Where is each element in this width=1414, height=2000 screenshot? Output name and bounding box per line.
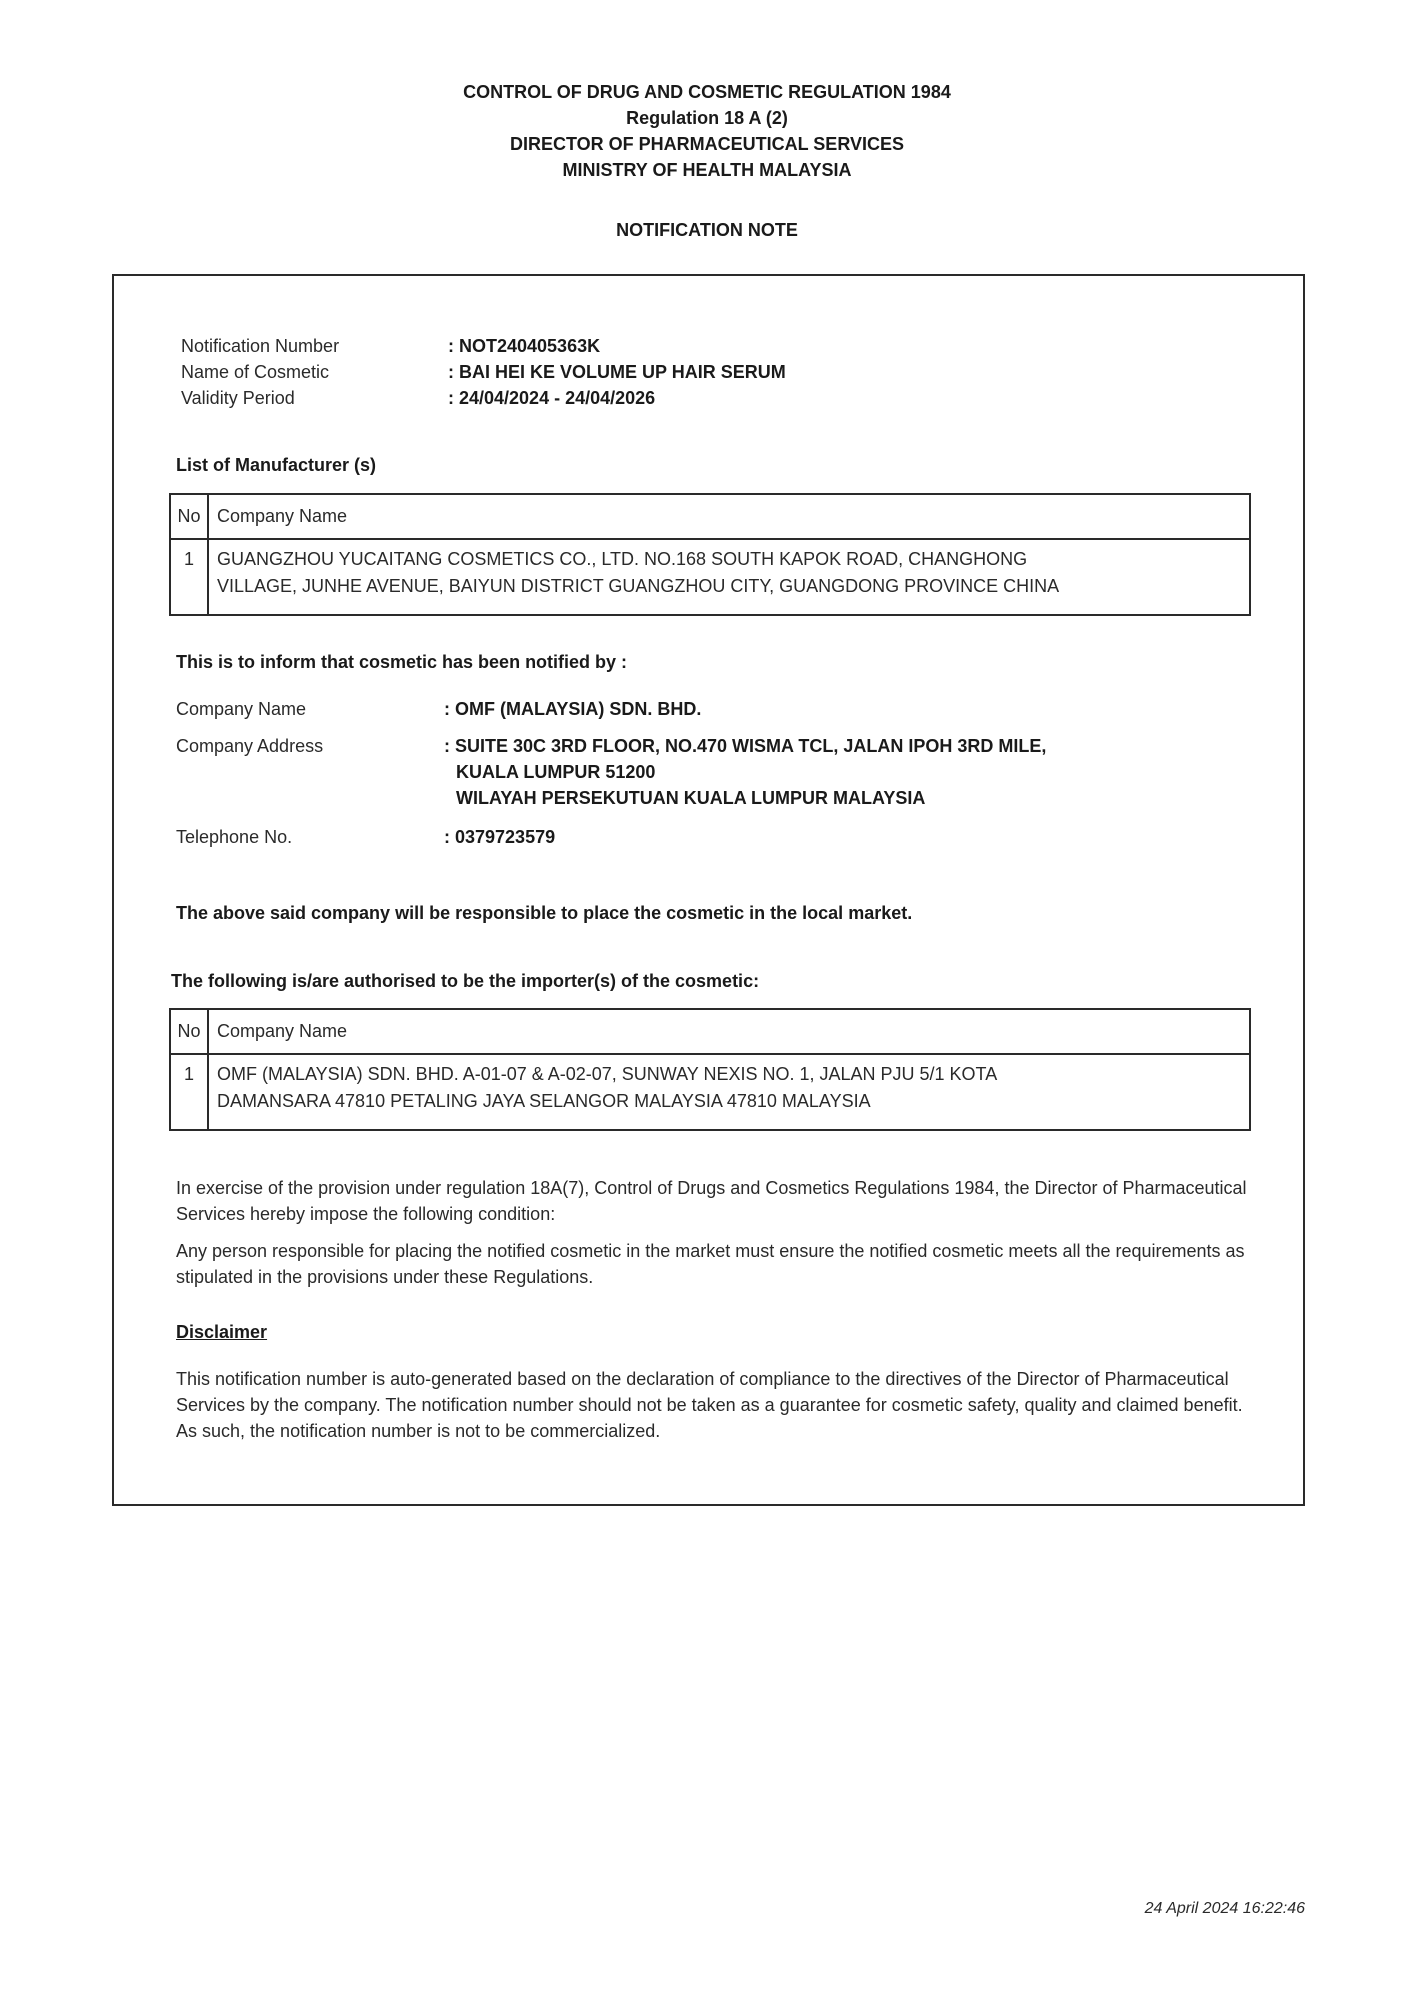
header-regulation-number: Regulation 18 A (2) [0,105,1414,131]
validity-period-label: Validity Period [181,385,295,411]
document-header: CONTROL OF DRUG AND COSMETIC REGULATION … [0,79,1414,183]
header-ministry: MINISTRY OF HEALTH MALAYSIA [0,157,1414,183]
validity-period-value: : 24/04/2024 - 24/04/2026 [448,385,655,411]
condition-paragraph-1: In exercise of the provision under regul… [176,1175,1256,1227]
manufacturer-line-1: GUANGZHOU YUCAITANG COSMETICS CO., LTD. … [217,546,1241,573]
table-header-row: No Company Name [170,494,1250,539]
row-number: 1 [170,1054,208,1130]
notification-number-label: Notification Number [181,333,339,359]
generated-timestamp: 24 April 2024 16:22:46 [1000,1900,1305,1918]
cosmetic-name-label: Name of Cosmetic [181,359,329,385]
notifier-heading: This is to inform that cosmetic has been… [176,649,627,675]
telephone-value: : 0379723579 [444,824,555,850]
row-number: 1 [170,539,208,615]
importer-line-1: OMF (MALAYSIA) SDN. BHD. A-01-07 & A-02-… [217,1061,1241,1088]
header-director: DIRECTOR OF PHARMACEUTICAL SERVICES [0,131,1414,157]
column-header-no: No [170,1009,208,1054]
importer-line-2: DAMANSARA 47810 PETALING JAYA SELANGOR M… [217,1088,1241,1115]
column-header-no: No [170,494,208,539]
header-regulation-title: CONTROL OF DRUG AND COSMETIC REGULATION … [0,79,1414,105]
responsibility-statement: The above said company will be responsib… [176,900,912,926]
manufacturer-line-2: VILLAGE, JUNHE AVENUE, BAIYUN DISTRICT G… [217,573,1241,600]
company-address-line-1: : SUITE 30C 3RD FLOOR, NO.470 WISMA TCL,… [444,733,1046,759]
table-header-row: No Company Name [170,1009,1250,1054]
cosmetic-name-value: : BAI HEI KE VOLUME UP HAIR SERUM [448,359,786,385]
importer-company: OMF (MALAYSIA) SDN. BHD. A-01-07 & A-02-… [208,1054,1250,1130]
company-address-line-2: KUALA LUMPUR 51200 [456,759,655,785]
page-title: NOTIFICATION NOTE [0,217,1414,243]
manufacturer-company: GUANGZHOU YUCAITANG COSMETICS CO., LTD. … [208,539,1250,615]
telephone-label: Telephone No. [176,824,292,850]
condition-paragraph-2: Any person responsible for placing the n… [176,1238,1256,1290]
table-row: 1 GUANGZHOU YUCAITANG COSMETICS CO., LTD… [170,539,1250,615]
company-address-line-3: WILAYAH PERSEKUTUAN KUALA LUMPUR MALAYSI… [456,785,925,811]
column-header-company-name: Company Name [208,1009,1250,1054]
company-name-label: Company Name [176,696,306,722]
notification-number-value: : NOT240405363K [448,333,600,359]
disclaimer-heading: Disclaimer [176,1319,267,1345]
company-address-label: Company Address [176,733,323,759]
importers-table: No Company Name 1 OMF (MALAYSIA) SDN. BH… [169,1008,1251,1131]
table-row: 1 OMF (MALAYSIA) SDN. BHD. A-01-07 & A-0… [170,1054,1250,1130]
manufacturers-table: No Company Name 1 GUANGZHOU YUCAITANG CO… [169,493,1251,616]
disclaimer-text: This notification number is auto-generat… [176,1366,1256,1444]
importers-heading: The following is/are authorised to be th… [171,968,759,994]
company-name-value: : OMF (MALAYSIA) SDN. BHD. [444,696,701,722]
column-header-company-name: Company Name [208,494,1250,539]
manufacturers-heading: List of Manufacturer (s) [176,452,376,478]
